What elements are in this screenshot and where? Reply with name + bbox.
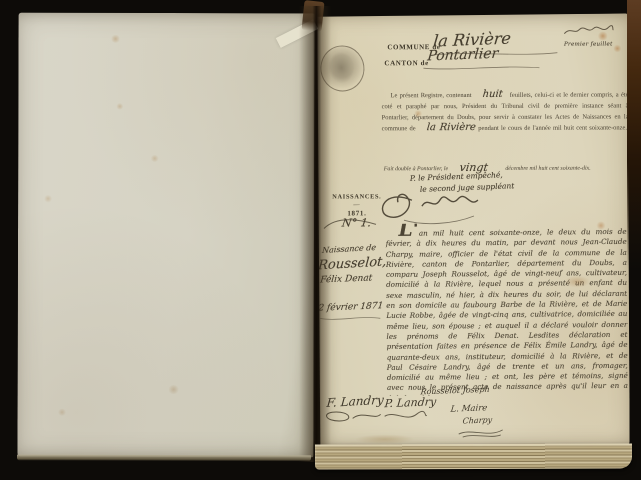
signature-mayor-title: L. Maire [450, 403, 488, 414]
foxing-spot [150, 155, 159, 162]
page-stack-fore-edge [315, 443, 632, 469]
canton-value: Pontarlier [427, 46, 499, 65]
blank-left-page [17, 13, 314, 458]
signature-flourish-icon [455, 426, 507, 440]
margin-line3: Félix Denat [320, 273, 373, 285]
foxing-spot [613, 44, 621, 52]
archival-corner: Premier feuillet [562, 24, 614, 48]
margin-date: 2 février 1871 [318, 301, 384, 314]
foxing-spot [168, 385, 180, 394]
foxing-spot [111, 35, 121, 43]
preamble-printed: pendant le cours de l'année mil huit cen… [478, 124, 627, 132]
certification-line: Fait double à Pontarlier, le vingt décem… [384, 159, 628, 173]
margin-underline-icon [318, 314, 382, 322]
book-cover-edge [627, 0, 641, 270]
archival-note: Premier feuillet [562, 42, 614, 48]
signature-flourish-icon [323, 408, 383, 424]
foxing-spot [355, 434, 415, 444]
scanned-register-spread: { "meta": { "archival_note": "Premier fe… [0, 0, 641, 480]
gutter-page-sliver [301, 0, 324, 32]
register-preamble: Le présent Registre, contenant huit feui… [382, 90, 629, 134]
margin-separator: — [330, 201, 384, 209]
signature-flourish-icon [383, 410, 429, 422]
margin-line2: Rousselot, [318, 254, 388, 273]
underline-flourish-icon [421, 64, 541, 72]
certification-printed: Fait double à Pontarlier, le [384, 166, 448, 172]
register-page: Premier feuillet COMMUNE de la Rivière C… [317, 13, 630, 447]
left-page-bottom-edge [17, 455, 311, 462]
foxing-spot [116, 103, 123, 110]
president-paraph-icon [562, 25, 614, 37]
foxing-spot [44, 195, 52, 203]
margin-act-number: N° 1. [341, 216, 372, 229]
signature-mayor-name: Charpy [462, 415, 492, 425]
birth-act-text: L'an mil huit cent soixante-onze, le deu… [386, 222, 628, 396]
preamble-printed: Le présent Registre, contenant [391, 92, 472, 99]
certification-printed: décembre mil huit cent soixante-dix. [505, 166, 590, 172]
signature-witness2: P. Landry [384, 395, 437, 410]
official-stamp-icon [317, 43, 367, 95]
naissances-label: NAISSANCES. [330, 193, 384, 201]
foxing-spot [58, 409, 67, 416]
margin-line1: Naissance de [322, 243, 377, 255]
